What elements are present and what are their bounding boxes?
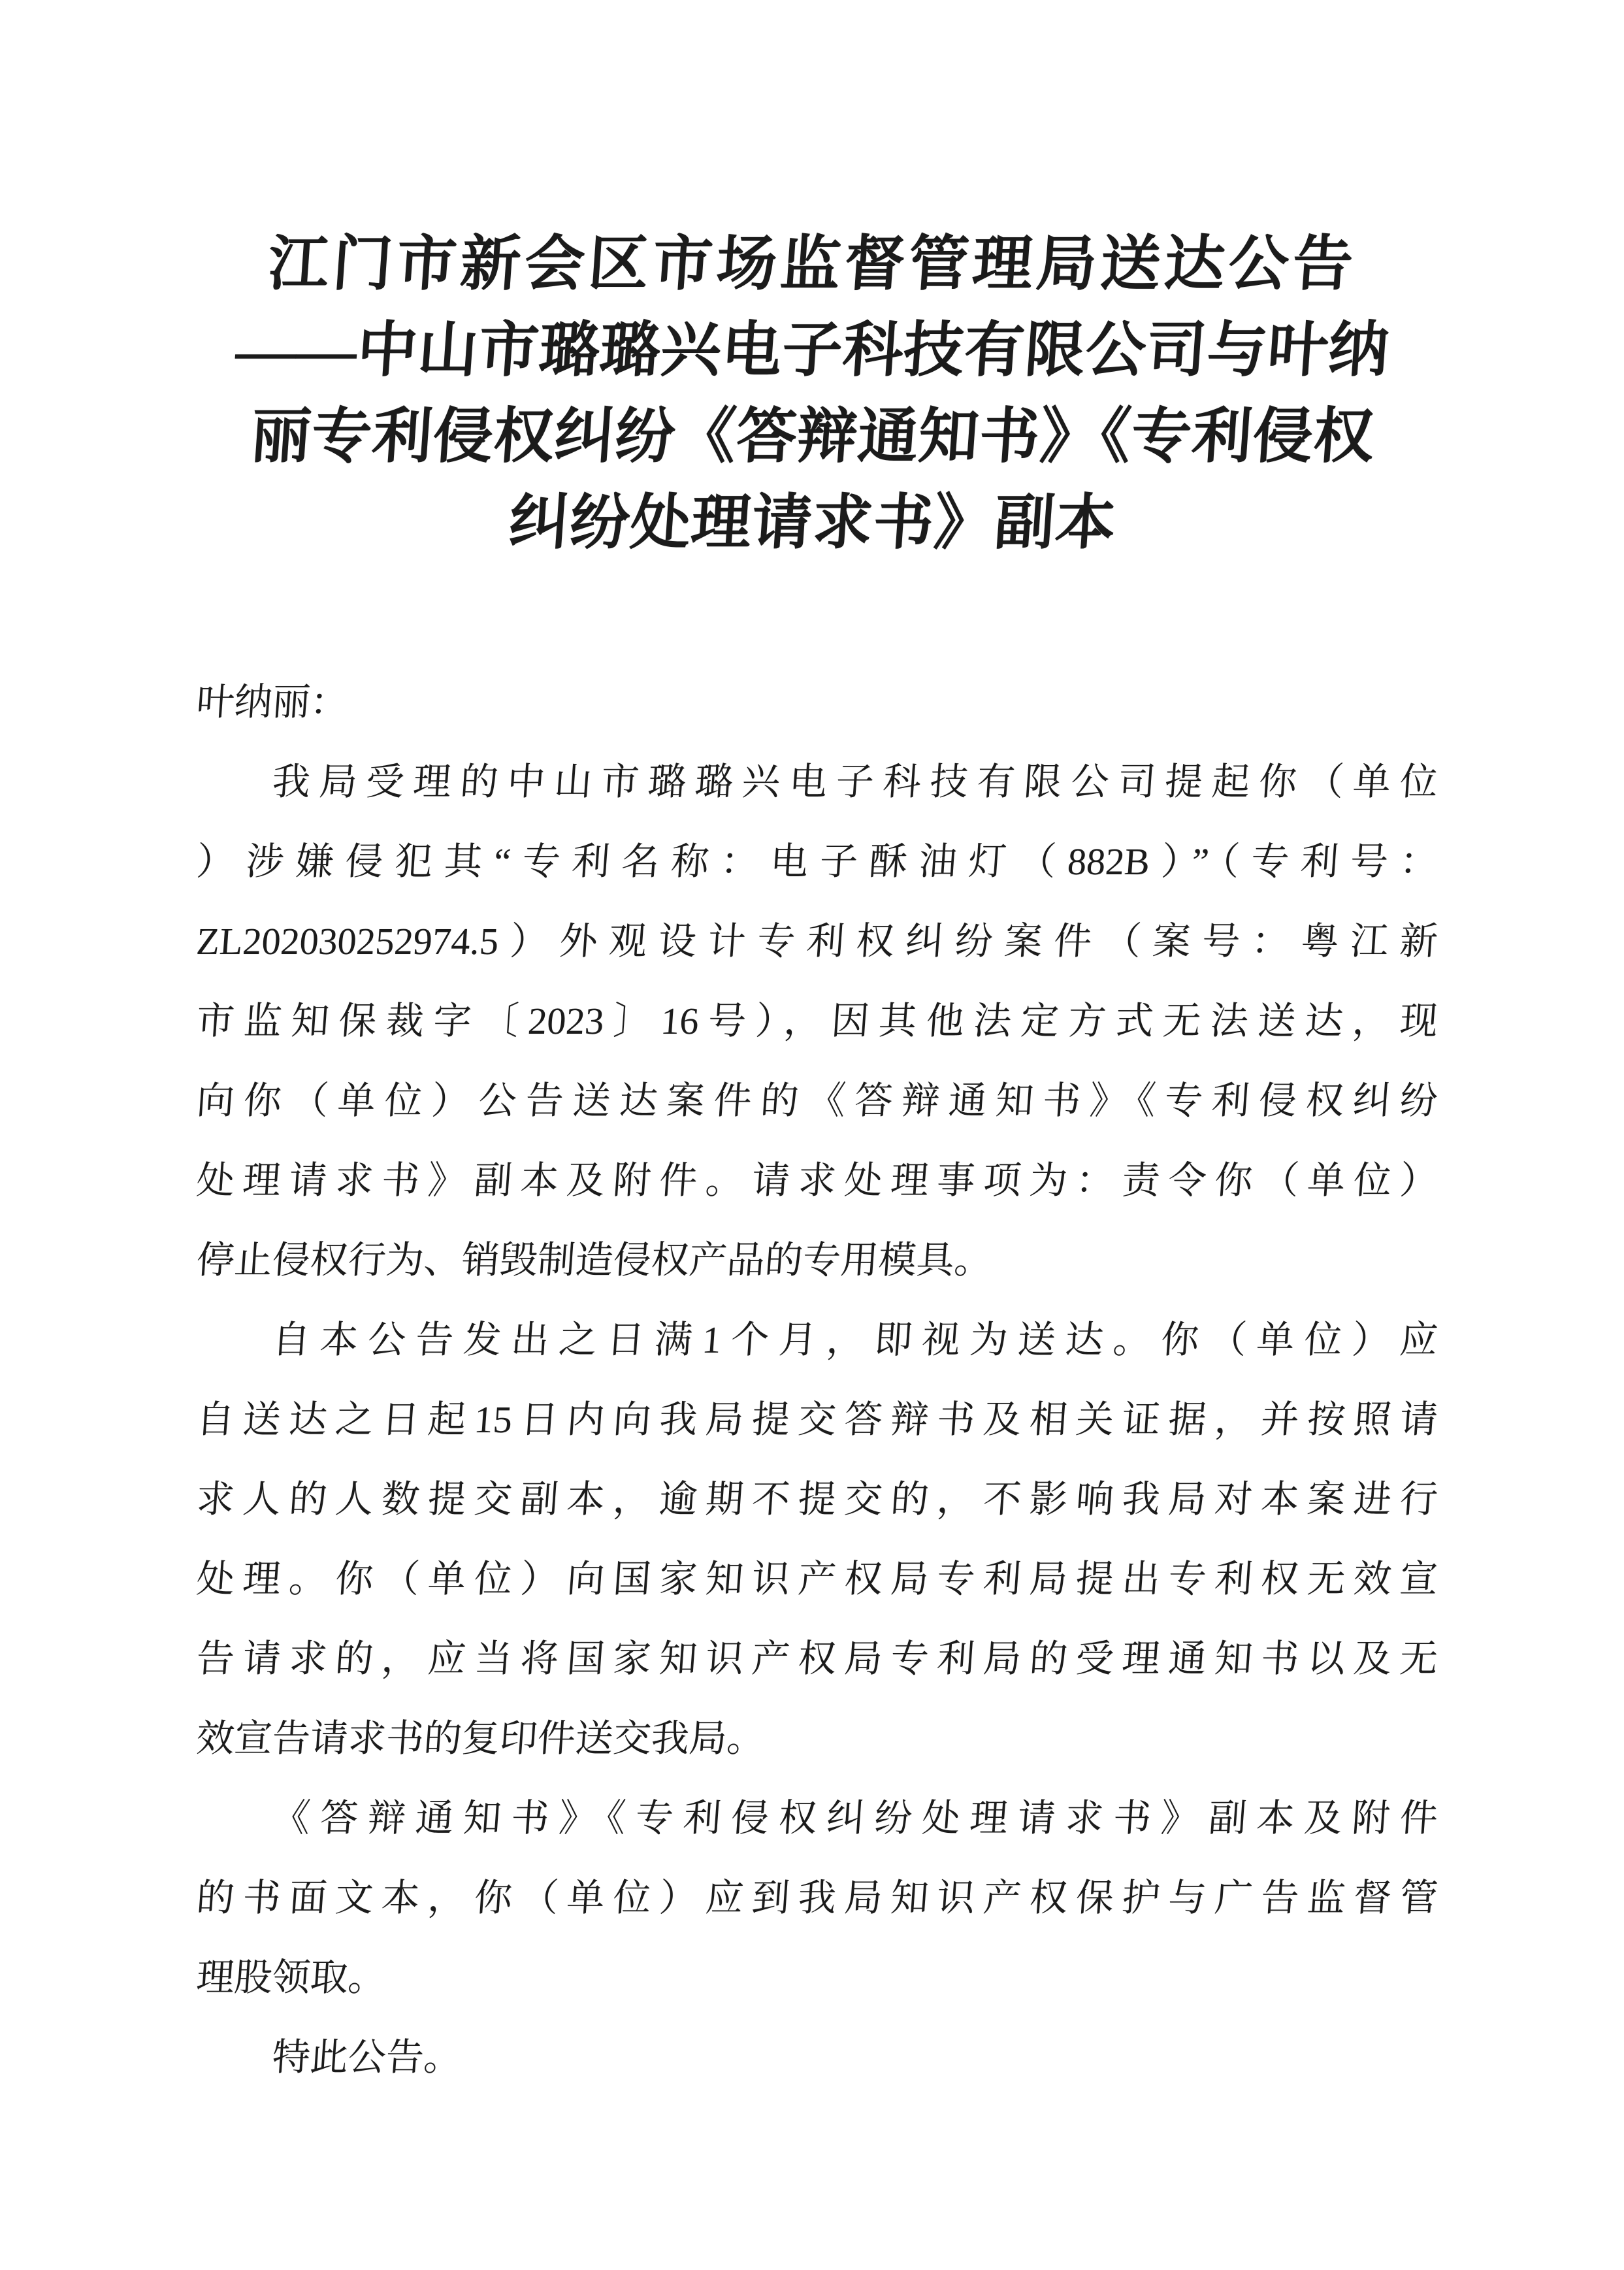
paragraph-line: 向你（单位）公告送达案件的《答辩通知书》《专利侵权纠纷 bbox=[194, 1061, 1441, 1141]
document-page: 江门市新会区市场监督管理局送达公告——中山市璐璐兴电子科技有限公司与叶纳丽专利侵… bbox=[0, 0, 1624, 2270]
paragraph-line: 《答辩通知书》《专利侵权纠纷处理请求书》副本及附件 bbox=[194, 1779, 1441, 1858]
paragraph-line: 求人的人数提交副本，逾期不提交的，不影响我局对本案进行 bbox=[194, 1460, 1441, 1539]
paragraph: 自本公告发出之日满1个月，即视为送达。你（单位）应自送达之日起15日内向我局提交… bbox=[196, 1300, 1437, 1779]
paragraph-line: ）涉嫌侵犯其“专利名称：电子酥油灯（882B）”（专利号： bbox=[194, 822, 1441, 902]
paragraph: 我局受理的中山市璐璐兴电子科技有限公司提起你（单位）涉嫌侵犯其“专利名称：电子酥… bbox=[196, 742, 1437, 1300]
paragraph-line: 理股领取。 bbox=[194, 1938, 1441, 2018]
announcement-title: 江门市新会区市场监督管理局送达公告——中山市璐璐兴电子科技有限公司与叶纳丽专利侵… bbox=[191, 221, 1433, 566]
title-line: 纠纷处理请求书》副本 bbox=[189, 480, 1436, 566]
paragraph-line: 处理。你（单位）向国家知识产权局专利局提出专利权无效宣 bbox=[194, 1539, 1441, 1619]
paragraph-line: 告请求的，应当将国家知识产权局专利局的受理通知书以及无 bbox=[194, 1619, 1441, 1699]
paragraph-line: 自送达之日起15日内向我局提交答辩书及相关证据，并按照请 bbox=[194, 1380, 1441, 1460]
paragraph-line: 我局受理的中山市璐璐兴电子科技有限公司提起你（单位 bbox=[194, 742, 1441, 822]
paragraph-container: 我局受理的中山市璐璐兴电子科技有限公司提起你（单位）涉嫌侵犯其“专利名称：电子酥… bbox=[196, 742, 1437, 2097]
paragraph-line: 自本公告发出之日满1个月，即视为送达。你（单位）应 bbox=[194, 1300, 1441, 1380]
paragraph: 特此公告。 bbox=[196, 2018, 1437, 2097]
paragraph-line: 的书面文本，你（单位）应到我局知识产权保护与广告监督管 bbox=[194, 1858, 1441, 1938]
document-body: 叶纳丽： 我局受理的中山市璐璐兴电子科技有限公司提起你（单位）涉嫌侵犯其“专利名… bbox=[196, 663, 1437, 2097]
title-line: 丽专利侵权纠纷《答辩通知书》《专利侵权 bbox=[189, 393, 1436, 480]
paragraph-line: 效宣告请求书的复印件送交我局。 bbox=[194, 1699, 1441, 1779]
title-line: 江门市新会区市场监督管理局送达公告 bbox=[189, 221, 1436, 307]
title-line: ——中山市璐璐兴电子科技有限公司与叶纳 bbox=[189, 307, 1436, 393]
paragraph-line: 市监知保裁字〔2023〕16号），因其他法定方式无法送达，现 bbox=[194, 981, 1441, 1061]
paragraph-line: 处理请求书》副本及附件。请求处理事项为：责令你（单位） bbox=[194, 1141, 1441, 1221]
paragraph-line: 停止侵权行为、销毁制造侵权产品的专用模具。 bbox=[194, 1221, 1441, 1300]
paragraph-line: ZL202030252974.5）外观设计专利权纠纷案件（案号：粤江新 bbox=[194, 902, 1441, 981]
paragraph: 《答辩通知书》《专利侵权纠纷处理请求书》副本及附件的书面文本，你（单位）应到我局… bbox=[196, 1779, 1437, 2018]
paragraph-line: 特此公告。 bbox=[194, 2018, 1441, 2097]
salutation: 叶纳丽： bbox=[194, 663, 1441, 742]
